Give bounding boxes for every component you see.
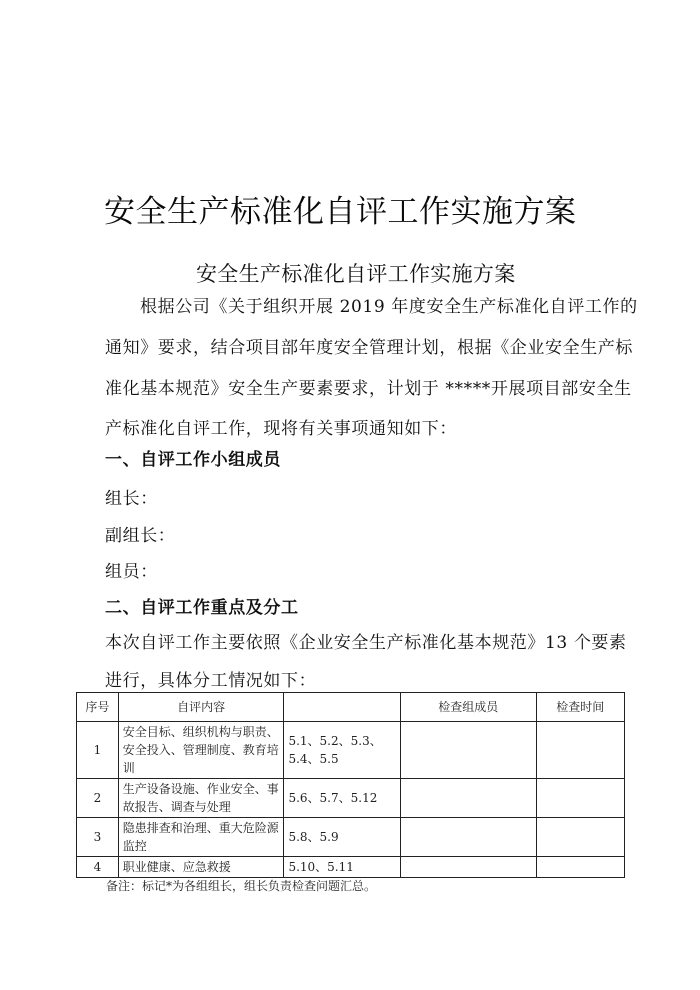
- header-clause: [284, 693, 400, 722]
- row-no: 3: [77, 818, 119, 857]
- row-clauses: 5.8、5.9: [284, 818, 400, 857]
- row-clauses: 5.10、5.11: [284, 857, 400, 878]
- row-content: 安全目标、组织机构与职责、安全投入、管理制度、教育培训: [118, 722, 284, 779]
- document-main-title: 安全生产标准化自评工作实施方案: [104, 186, 577, 231]
- intro-line-2: 通知》要求，结合项目部年度安全管理计划，根据《企业安全生产标: [105, 333, 633, 358]
- row-clauses: 5.1、5.2、5.3、5.4、5.5: [284, 722, 400, 779]
- table-row: 3 隐患排查和治理、重大危险源监控 5.8、5.9: [77, 818, 625, 857]
- section2-line-1: 本次自评工作主要依照《企业安全生产标准化基本规范》13 个要素: [105, 628, 627, 653]
- row-members: [400, 779, 536, 818]
- row-time: [536, 818, 624, 857]
- row-no: 1: [77, 722, 119, 779]
- row-time: [536, 857, 624, 878]
- row-members: [400, 818, 536, 857]
- members-label: 组员：: [105, 557, 158, 582]
- assignment-table: 序号 自评内容 检查组成员 检查时间 1 安全目标、组织机构与职责、安全投入、管…: [76, 692, 625, 878]
- table-header-row: 序号 自评内容 检查组成员 检查时间: [77, 693, 625, 722]
- row-no: 2: [77, 779, 119, 818]
- section2-line-2: 进行，具体分工情况如下：: [105, 666, 316, 691]
- row-clauses: 5.6、5.7、5.12: [284, 779, 400, 818]
- row-content: 生产设备设施、作业安全、事故报告、调查与处理: [118, 779, 284, 818]
- header-content: 自评内容: [118, 693, 284, 722]
- row-members: [400, 722, 536, 779]
- row-content: 职业健康、应急救援: [118, 857, 284, 878]
- document-sub-title: 安全生产标准化自评工作实施方案: [196, 258, 516, 288]
- section2-heading: 二、自评工作重点及分工: [105, 593, 299, 618]
- header-members: 检查组成员: [400, 693, 536, 722]
- table-row: 4 职业健康、应急救援 5.10、5.11: [77, 857, 625, 878]
- header-no: 序号: [77, 693, 119, 722]
- row-members: [400, 857, 536, 878]
- header-time: 检查时间: [536, 693, 624, 722]
- row-content: 隐患排查和治理、重大危险源监控: [118, 818, 284, 857]
- intro-line-1: 根据公司《关于组织开展 2019 年度安全生产标准化自评工作的: [140, 292, 638, 317]
- row-no: 4: [77, 857, 119, 878]
- intro-line-4: 产标准化自评工作，现将有关事项通知如下：: [105, 414, 457, 439]
- deputy-leader-label: 副组长：: [105, 521, 175, 546]
- table-row: 2 生产设备设施、作业安全、事故报告、调查与处理 5.6、5.7、5.12: [77, 779, 625, 818]
- section1-heading: 一、自评工作小组成员: [105, 445, 281, 470]
- table-note: 备注：标记*为各组组长，组长负责检查问题汇总。: [106, 877, 376, 894]
- intro-line-3: 准化基本规范》安全生产要素要求，计划于 *****开展项目部安全生: [105, 374, 632, 399]
- row-time: [536, 722, 624, 779]
- table-row: 1 安全目标、组织机构与职责、安全投入、管理制度、教育培训 5.1、5.2、5.…: [77, 722, 625, 779]
- leader-label: 组长：: [105, 484, 158, 509]
- row-time: [536, 779, 624, 818]
